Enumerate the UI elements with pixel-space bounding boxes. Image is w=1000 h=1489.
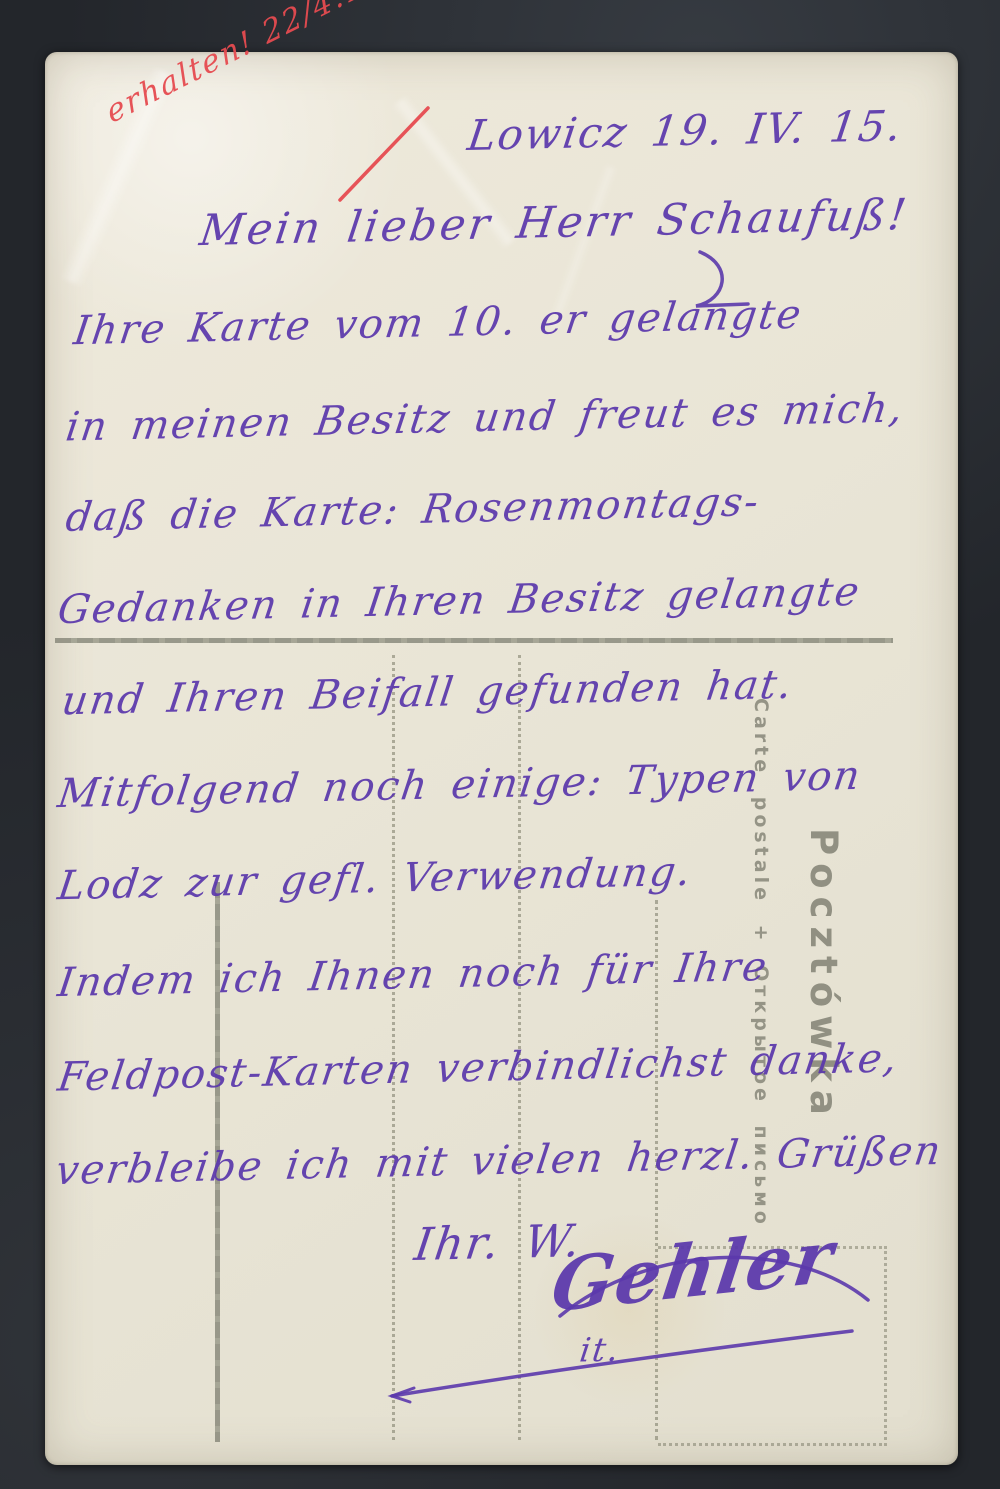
postscript-mark: it. <box>577 1329 623 1369</box>
place-date-line: Lowicz 19. IV. 15. <box>465 101 906 160</box>
printed-divider-line <box>55 638 893 643</box>
photo-backdrop: Pocztówka Carte postale + Открытое письм… <box>0 0 1000 1489</box>
